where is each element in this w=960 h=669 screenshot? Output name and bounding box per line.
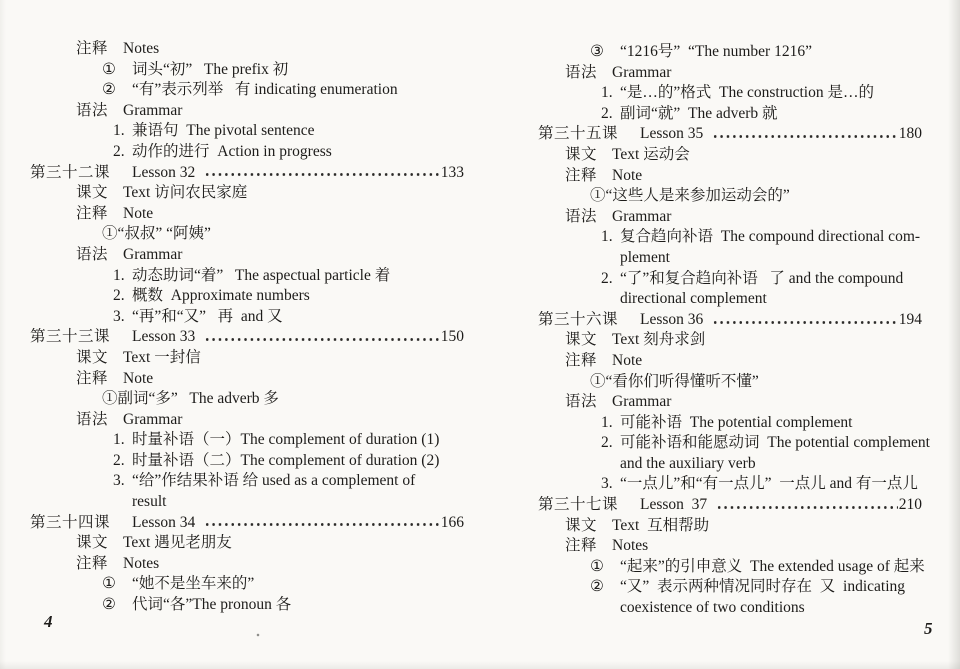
toc-item-row: ①词头“初” The prefix 初 bbox=[30, 60, 464, 81]
section-text: Text 互相帮助 bbox=[612, 516, 709, 537]
section-text: Notes bbox=[123, 39, 159, 60]
lesson-entry: 第三十七课Lesson 37210 bbox=[538, 495, 922, 516]
item-marker: 3. bbox=[102, 471, 132, 492]
lesson-title-cn: 第三十二课 bbox=[30, 163, 110, 184]
dotted-leader bbox=[204, 172, 439, 177]
dotted-leader bbox=[204, 337, 439, 342]
section-row: 课文Text 刻舟求剑 bbox=[538, 330, 922, 351]
toc-item-row: ②“又” 表示两种情况同时存在 又 indicating coexistence… bbox=[538, 577, 922, 618]
dotted-leader bbox=[204, 522, 439, 527]
lesson-title-cn: 第三十五课 bbox=[538, 124, 618, 145]
section-row: 课文Text 一封信 bbox=[30, 348, 464, 369]
item-marker: 2. bbox=[590, 104, 620, 125]
item-text: “起来”的引申意义 The extended usage of 起来 bbox=[620, 557, 925, 578]
item-text: 时量补语（二）The complement of duration (2) bbox=[132, 451, 439, 472]
toc-item-row: 1.可能补语 The potential complement bbox=[538, 413, 922, 434]
lesson-entry: 第三十二课Lesson 32133 bbox=[30, 163, 464, 184]
section-row: 语法Grammar bbox=[30, 245, 464, 266]
item-text: ①“这些人是来参加运动会的” bbox=[590, 186, 790, 207]
lesson-title-en: Lesson 32 bbox=[132, 163, 195, 184]
section-label-cn: 注释 bbox=[565, 166, 597, 187]
toc-item-row: 2.时量补语（二）The complement of duration (2) bbox=[30, 451, 464, 472]
item-text: 词头“初” The prefix 初 bbox=[132, 60, 288, 81]
section-row: 语法Grammar bbox=[538, 207, 922, 228]
item-text: “她不是坐车来的” bbox=[132, 574, 254, 595]
section-row: 语法Grammar bbox=[538, 63, 922, 84]
section-row: 语法Grammar bbox=[30, 410, 464, 431]
section-label-cn: 注释 bbox=[76, 369, 108, 390]
section-label-cn: 语法 bbox=[76, 245, 108, 266]
section-row: 课文Text 互相帮助 bbox=[538, 516, 922, 537]
item-text: 动态助词“着” The aspectual particle 着 bbox=[132, 266, 390, 287]
section-text: Text 运动会 bbox=[612, 145, 690, 166]
item-text: 代词“各”The pronoun 各 bbox=[132, 595, 291, 616]
item-text: 概数 Approximate numbers bbox=[132, 286, 310, 307]
item-marker: 1. bbox=[590, 227, 620, 248]
section-row: 注释Notes bbox=[30, 39, 464, 60]
item-text: “是…的”格式 The construction 是…的 bbox=[620, 83, 874, 104]
section-text: Grammar bbox=[612, 207, 671, 228]
item-marker: 1. bbox=[102, 266, 132, 287]
section-text: Note bbox=[612, 166, 642, 187]
section-text: Text 一封信 bbox=[123, 348, 201, 369]
dotted-leader bbox=[716, 505, 898, 510]
lesson-entry: 第三十四课Lesson 34166 bbox=[30, 513, 464, 534]
item-marker: 1. bbox=[102, 430, 132, 451]
lesson-entry: 第三十五课Lesson 35180 bbox=[538, 124, 922, 145]
item-marker: 1. bbox=[590, 413, 620, 434]
lesson-entry: 第三十六课Lesson 36194 bbox=[538, 310, 922, 331]
item-text: 可能补语和能愿动词 The potential complement and t… bbox=[620, 433, 930, 474]
toc-item-row: 3.“给”作结果补语 给 used as a complement of res… bbox=[30, 471, 464, 512]
section-label-cn: 课文 bbox=[76, 183, 108, 204]
item-text: “了”和复合趋向补语 了 and the compound directiona… bbox=[620, 269, 903, 310]
item-marker: ② bbox=[102, 80, 132, 101]
lesson-page-ref: 133 bbox=[441, 163, 464, 184]
item-text: 复合趋向补语 The compound directional com- ple… bbox=[620, 227, 920, 268]
section-label-cn: 语法 bbox=[76, 101, 108, 122]
section-label-cn: 注释 bbox=[76, 554, 108, 575]
toc-item-row: 1.动态助词“着” The aspectual particle 着 bbox=[30, 266, 464, 287]
lesson-page-ref: 180 bbox=[899, 124, 922, 145]
toc-item-row: 3.“一点儿”和“有一点儿” 一点儿 and 有一点儿 bbox=[538, 474, 922, 495]
item-text: “有”表示列举 有 indicating enumeration bbox=[132, 80, 398, 101]
section-label-cn: 课文 bbox=[76, 533, 108, 554]
section-text: Notes bbox=[612, 536, 648, 557]
toc-item-row: ①副词“多” The adverb 多 bbox=[30, 389, 464, 410]
section-label-cn: 课文 bbox=[565, 145, 597, 166]
lesson-title-en: Lesson 35 bbox=[640, 124, 703, 145]
item-text: ①“看你们听得懂听不懂” bbox=[590, 372, 759, 393]
section-text: Grammar bbox=[123, 410, 182, 431]
toc-item-row: ①“叔叔” “阿姨” bbox=[30, 224, 464, 245]
section-row: 注释Note bbox=[538, 166, 922, 187]
section-row: 注释Notes bbox=[30, 554, 464, 575]
toc-item-row: ①“这些人是来参加运动会的” bbox=[538, 186, 922, 207]
toc-item-row: 2.可能补语和能愿动词 The potential complement and… bbox=[538, 433, 922, 474]
section-label-cn: 课文 bbox=[76, 348, 108, 369]
toc-item-row: 2.动作的进行 Action in progress bbox=[30, 142, 464, 163]
item-text: “给”作结果补语 给 used as a complement of resul… bbox=[132, 471, 415, 512]
item-marker: ① bbox=[102, 60, 132, 81]
item-marker: 3. bbox=[590, 474, 620, 495]
section-text: Grammar bbox=[123, 245, 182, 266]
toc-item-row: 2.概数 Approximate numbers bbox=[30, 286, 464, 307]
section-label-cn: 注释 bbox=[76, 39, 108, 60]
section-text: Grammar bbox=[123, 101, 182, 122]
toc-item-row: 1.兼语句 The pivotal sentence bbox=[30, 121, 464, 142]
item-text: 兼语句 The pivotal sentence bbox=[132, 121, 315, 142]
section-label-cn: 课文 bbox=[565, 330, 597, 351]
item-text: ①“叔叔” “阿姨” bbox=[102, 224, 211, 245]
section-row: 注释Note bbox=[30, 369, 464, 390]
toc-column-right: ③“1216号” “The number 1216”语法Grammar1.“是…… bbox=[538, 42, 922, 619]
item-marker: ① bbox=[102, 574, 132, 595]
item-marker: 2. bbox=[102, 286, 132, 307]
item-marker: 1. bbox=[590, 83, 620, 104]
page-number-left: 4 bbox=[44, 612, 53, 632]
item-text: “又” 表示两种情况同时存在 又 indicating coexistence … bbox=[620, 577, 905, 618]
lesson-title-cn: 第三十六课 bbox=[538, 310, 618, 331]
toc-item-row: 1.复合趋向补语 The compound directional com- p… bbox=[538, 227, 922, 268]
section-text: Note bbox=[123, 204, 153, 225]
section-row: 课文Text 运动会 bbox=[538, 145, 922, 166]
dotted-leader bbox=[712, 320, 897, 325]
item-text: 时量补语（一）The complement of duration (1) bbox=[132, 430, 439, 451]
section-label-cn: 语法 bbox=[76, 410, 108, 431]
lesson-title-cn: 第三十七课 bbox=[538, 495, 618, 516]
item-text: ①副词“多” The adverb 多 bbox=[102, 389, 279, 410]
lesson-title-en: Lesson 37 bbox=[640, 495, 707, 516]
section-text: Text 遇见老朋友 bbox=[123, 533, 232, 554]
toc-item-row: 2.“了”和复合趋向补语 了 and the compound directio… bbox=[538, 269, 922, 310]
lesson-title-en: Lesson 34 bbox=[132, 513, 195, 534]
toc-item-row: ②“有”表示列举 有 indicating enumeration bbox=[30, 80, 464, 101]
lesson-title-en: Lesson 33 bbox=[132, 327, 195, 348]
toc-item-row: 2.副词“就” The adverb 就 bbox=[538, 104, 922, 125]
lesson-entry: 第三十三课Lesson 33150 bbox=[30, 327, 464, 348]
section-text: Notes bbox=[123, 554, 159, 575]
lesson-page-ref: 194 bbox=[899, 310, 922, 331]
toc-item-row: 1.时量补语（一）The complement of duration (1) bbox=[30, 430, 464, 451]
section-row: 注释Notes bbox=[538, 536, 922, 557]
page-number-right: 5 bbox=[924, 619, 933, 639]
item-marker: ① bbox=[590, 557, 620, 578]
section-text: Grammar bbox=[612, 392, 671, 413]
section-text: Note bbox=[123, 369, 153, 390]
toc-item-row: ①“她不是坐车来的” bbox=[30, 574, 464, 595]
lesson-title-en: Lesson 36 bbox=[640, 310, 703, 331]
section-label-cn: 语法 bbox=[565, 207, 597, 228]
dotted-leader bbox=[712, 134, 897, 139]
item-marker: ② bbox=[102, 595, 132, 616]
lesson-page-ref: 210 bbox=[899, 495, 922, 516]
section-label-cn: 注释 bbox=[76, 204, 108, 225]
lesson-page-ref: 166 bbox=[441, 513, 464, 534]
toc-item-row: ①“起来”的引申意义 The extended usage of 起来 bbox=[538, 557, 922, 578]
toc-item-row: 3.“再”和“又” 再 and 又 bbox=[30, 307, 464, 328]
section-label-cn: 注释 bbox=[565, 351, 597, 372]
section-row: 课文Text 遇见老朋友 bbox=[30, 533, 464, 554]
item-marker: 3. bbox=[102, 307, 132, 328]
toc-item-row: ①“看你们听得懂听不懂” bbox=[538, 372, 922, 393]
toc-column-left: 注释Notes①词头“初” The prefix 初②“有”表示列举 有 ind… bbox=[30, 39, 464, 616]
section-row: 语法Grammar bbox=[30, 101, 464, 122]
lesson-title-cn: 第三十三课 bbox=[30, 327, 110, 348]
item-marker: 2. bbox=[102, 451, 132, 472]
section-text: Grammar bbox=[612, 63, 671, 84]
item-text: “再”和“又” 再 and 又 bbox=[132, 307, 283, 328]
item-marker: ③ bbox=[590, 42, 620, 63]
section-label-cn: 语法 bbox=[565, 392, 597, 413]
section-text: Text 刻舟求剑 bbox=[612, 330, 705, 351]
section-row: 注释Note bbox=[30, 204, 464, 225]
section-text: Text 访问农民家庭 bbox=[123, 183, 247, 204]
section-row: 语法Grammar bbox=[538, 392, 922, 413]
book-spread: 注释Notes①词头“初” The prefix 初②“有”表示列举 有 ind… bbox=[0, 0, 960, 669]
lesson-page-ref: 150 bbox=[441, 327, 464, 348]
toc-item-row: ③“1216号” “The number 1216” bbox=[538, 42, 922, 63]
toc-item-row: 1.“是…的”格式 The construction 是…的 bbox=[538, 83, 922, 104]
item-marker: 2. bbox=[590, 433, 620, 454]
section-text: Note bbox=[612, 351, 642, 372]
item-text: 可能补语 The potential complement bbox=[620, 413, 852, 434]
item-marker: 2. bbox=[590, 269, 620, 290]
item-text: 动作的进行 Action in progress bbox=[132, 142, 332, 163]
toc-item-row: ②代词“各”The pronoun 各 bbox=[30, 595, 464, 616]
section-label-cn: 语法 bbox=[565, 63, 597, 84]
item-marker: 1. bbox=[102, 121, 132, 142]
item-text: “一点儿”和“有一点儿” 一点儿 and 有一点儿 bbox=[620, 474, 918, 495]
item-text: 副词“就” The adverb 就 bbox=[620, 104, 778, 125]
section-label-cn: 注释 bbox=[565, 536, 597, 557]
section-label-cn: 课文 bbox=[565, 516, 597, 537]
lesson-title-cn: 第三十四课 bbox=[30, 513, 110, 534]
item-marker: ② bbox=[590, 577, 620, 598]
item-marker: 2. bbox=[102, 142, 132, 163]
section-row: 注释Note bbox=[538, 351, 922, 372]
item-text: “1216号” “The number 1216” bbox=[620, 42, 812, 63]
section-row: 课文Text 访问农民家庭 bbox=[30, 183, 464, 204]
